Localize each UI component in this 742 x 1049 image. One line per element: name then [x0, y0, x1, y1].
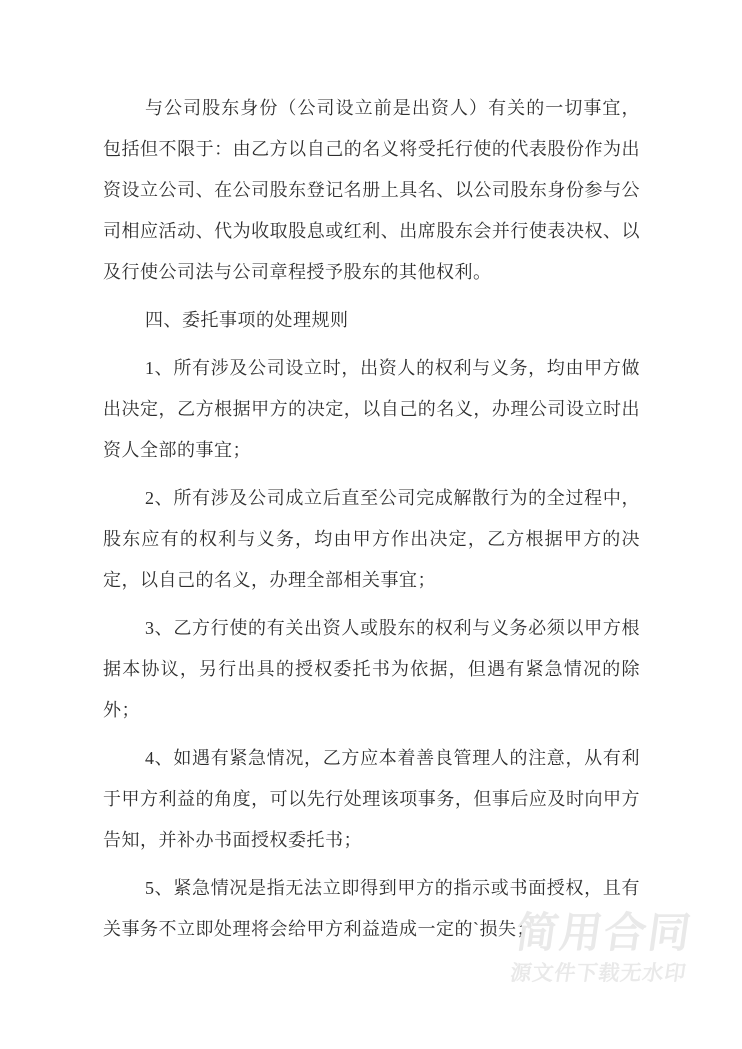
- section-heading-4: 四、委托事项的处理规则: [103, 300, 640, 341]
- clause-1: 1、所有涉及公司设立时，出资人的权利与义务，均由甲方做出决定，乙方根据甲方的决定…: [103, 348, 640, 471]
- clause-5: 5、紧急情况是指无法立即得到甲方的指示或书面授权，且有关事务不立即处理将会给甲方…: [103, 868, 640, 950]
- watermark-subtitle: 源文件下载无水印: [508, 960, 688, 988]
- document-text-block: 与公司股东身份（公司设立前是出资人）有关的一切事宜，包括但不限于：由乙方以自己的…: [103, 88, 640, 957]
- paragraph-shareholder-matters: 与公司股东身份（公司设立前是出资人）有关的一切事宜，包括但不限于：由乙方以自己的…: [103, 88, 640, 293]
- document-page: 与公司股东身份（公司设立前是出资人）有关的一切事宜，包括但不限于：由乙方以自己的…: [0, 0, 742, 1049]
- clause-4: 4、如遇有紧急情况，乙方应本着善良管理人的注意，从有利于甲方利益的角度，可以先行…: [103, 738, 640, 861]
- clause-2: 2、所有涉及公司成立后直至公司完成解散行为的全过程中，股东应有的权利与义务，均由…: [103, 478, 640, 601]
- clause-3: 3、乙方行使的有关出资人或股东的权利与义务必须以甲方根据本协议，另行出具的授权委…: [103, 608, 640, 731]
